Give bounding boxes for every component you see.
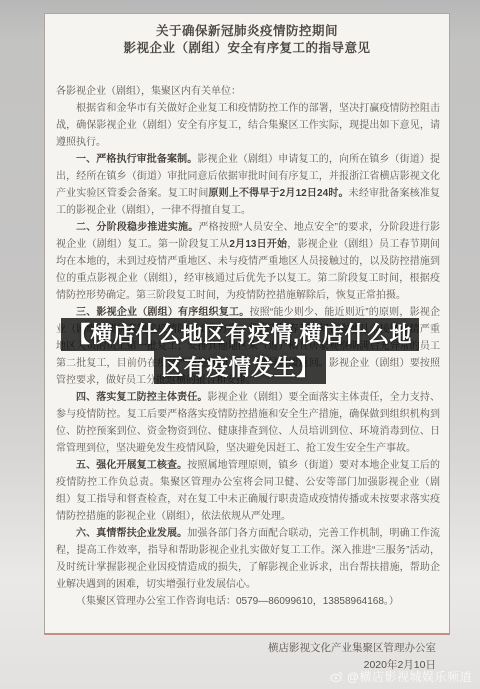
caption-line-2: 区有疫情发生】: [154, 351, 326, 384]
document-paragraph: 六、真情帮扶企业发展。加强各部门各方面配合联动，完善工作机制，明确工作流程，提高…: [56, 525, 440, 593]
watermark-text: @横店影视城娱乐频道: [347, 668, 472, 685]
title-line-1: 关于确保新冠肺炎疫情防控期间: [45, 23, 449, 40]
document-paragraph: 根据省和金华市有关做好企业复工和疫情防控工作的部署，坚决打赢疫情防控阻击战，确保…: [56, 100, 440, 151]
document-title: 关于确保新冠肺炎疫情防控期间 影视企业（剧组）安全有序复工的指导意见: [45, 23, 449, 57]
document-paragraph: 四、落实复工防控主体责任。影视企业（剧组）要全面落实主体责任，全力支持、参与疫情…: [56, 389, 440, 457]
document-paragraph: 五、强化开展复工核查。按照属地管理原则，镇乡（街道）要对本地企业复工后的疫情防控…: [56, 457, 440, 525]
caption-line-1: 【横店什么地区有疫情,横店什么地: [61, 318, 419, 351]
watermark: @横店影视城娱乐频道: [330, 668, 472, 685]
signature-org: 横店影视文化产业集聚区管理办公室: [45, 640, 436, 657]
salutation: 各影视企业（剧组），集聚区内有关单位：: [56, 83, 440, 100]
document-paragraph: 一、严格执行审批备案制。影视企业（剧组）申请复工的，向所在镇乡（街道）提出，经所…: [56, 151, 440, 219]
document-paragraph: 二、分阶段稳步推进实施。严格按照“人员安全、地点安全”的要求，分阶段进行影视企业…: [56, 219, 440, 304]
document-paragraph: （集聚区管理办公室工作咨询电话：0579—86099610，1385896416…: [56, 593, 440, 610]
title-line-2: 影视企业（剧组）安全有序复工的指导意见: [45, 40, 449, 57]
weibo-icon: [330, 670, 343, 683]
caption-overlay: 【横店什么地区有疫情,横店什么地 区有疫情发生】: [0, 318, 480, 384]
